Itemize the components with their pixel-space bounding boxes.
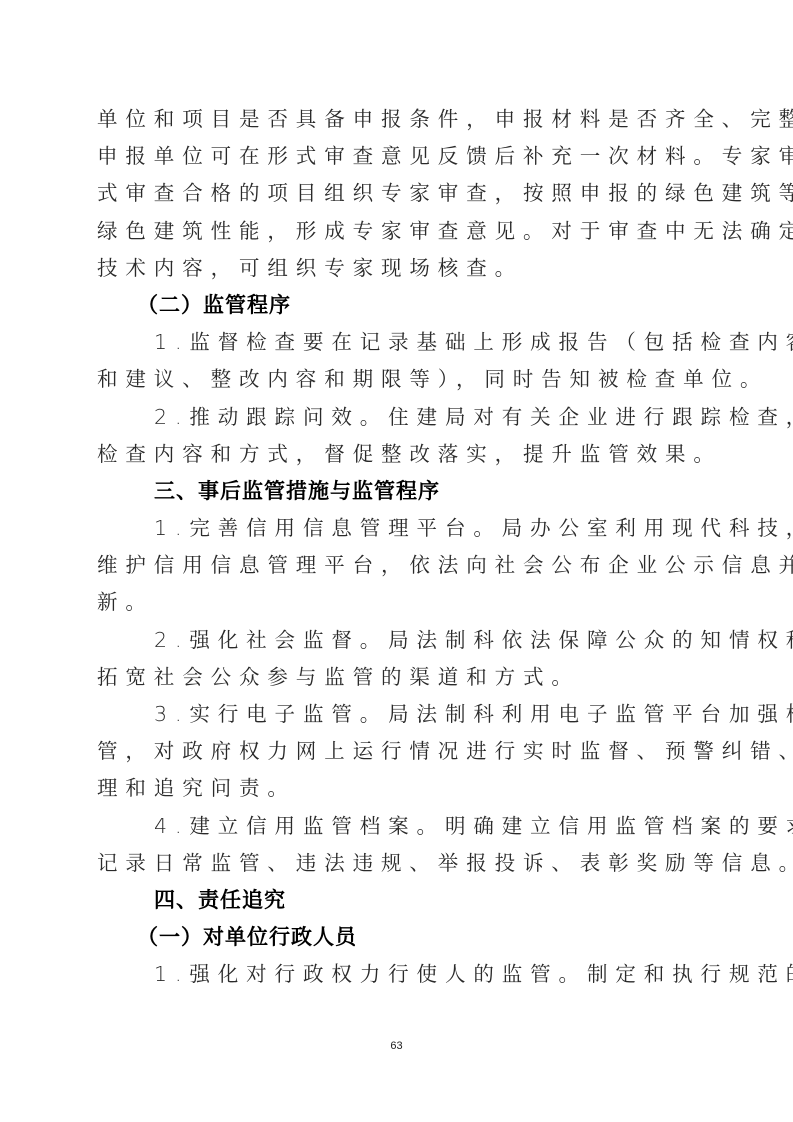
section-heading-accountability: 四、责任追究 <box>97 882 707 919</box>
document-page: 单位和项目是否具备申报条件，申报材料是否齐全、完整、有效。 申报单位可在形式审查… <box>0 0 793 1122</box>
paragraph-line: 1.监督检查要在记录基础上形成报告（包括检查内容、问题 <box>97 324 707 361</box>
paragraph-line: 2.推动跟踪问效。住建局对有关企业进行跟踪检查，明确跟踪 <box>97 399 707 436</box>
paragraph-line: 维护信用信息管理平台，依法向社会公布企业公示信息并实时更 <box>97 547 707 584</box>
paragraph-line: 单位和项目是否具备申报条件，申报材料是否齐全、完整、有效。 <box>97 101 707 138</box>
paragraph-line: 2.强化社会监督。局法制科依法保障公众的知情权和监督权， <box>97 622 707 659</box>
document-body: 单位和项目是否具备申报条件，申报材料是否齐全、完整、有效。 申报单位可在形式审查… <box>97 101 707 994</box>
paragraph-line: 式审查合格的项目组织专家审查，按照申报的绿色建筑等级审查 <box>97 175 707 212</box>
paragraph-line: 管，对政府权力网上运行情况进行实时监督、预警纠错、投诉处 <box>97 733 707 770</box>
section-heading-post-supervision: 三、事后监管措施与监管程序 <box>97 473 707 510</box>
paragraph-line: 和建议、整改内容和期限等），同时告知被检查单位。 <box>97 361 707 398</box>
paragraph-line: 新。 <box>97 584 707 621</box>
section-heading-administrative-staff: （一）对单位行政人员 <box>97 919 707 956</box>
page-number: 63 <box>0 1040 793 1052</box>
paragraph-line: 绿色建筑性能，形成专家审查意见。对于审查中无法确定的项目 <box>97 213 707 250</box>
paragraph-line: 技术内容，可组织专家现场核查。 <box>97 250 707 287</box>
paragraph-line: 记录日常监管、违法违规、举报投诉、表彰奖励等信息。 <box>97 845 707 882</box>
paragraph-line: 申报单位可在形式审查意见反馈后补充一次材料。专家审查对形 <box>97 138 707 175</box>
paragraph-line: 1.强化对行政权力行使人的监管。制定和执行规范的权力运 <box>97 956 707 993</box>
paragraph-line: 1.完善信用信息管理平台。局办公室利用现代科技，建设和 <box>97 510 707 547</box>
paragraph-line: 检查内容和方式，督促整改落实，提升监管效果。 <box>97 436 707 473</box>
paragraph-line: 3.实行电子监管。局法制科利用电子监管平台加强权力运行监 <box>97 696 707 733</box>
section-heading-supervision-procedure: （二）监管程序 <box>97 287 707 324</box>
paragraph-line: 拓宽社会公众参与监管的渠道和方式。 <box>97 659 707 696</box>
paragraph-line: 4.建立信用监管档案。明确建立信用监管档案的要求，采集、 <box>97 808 707 845</box>
paragraph-line: 理和追究问责。 <box>97 770 707 807</box>
